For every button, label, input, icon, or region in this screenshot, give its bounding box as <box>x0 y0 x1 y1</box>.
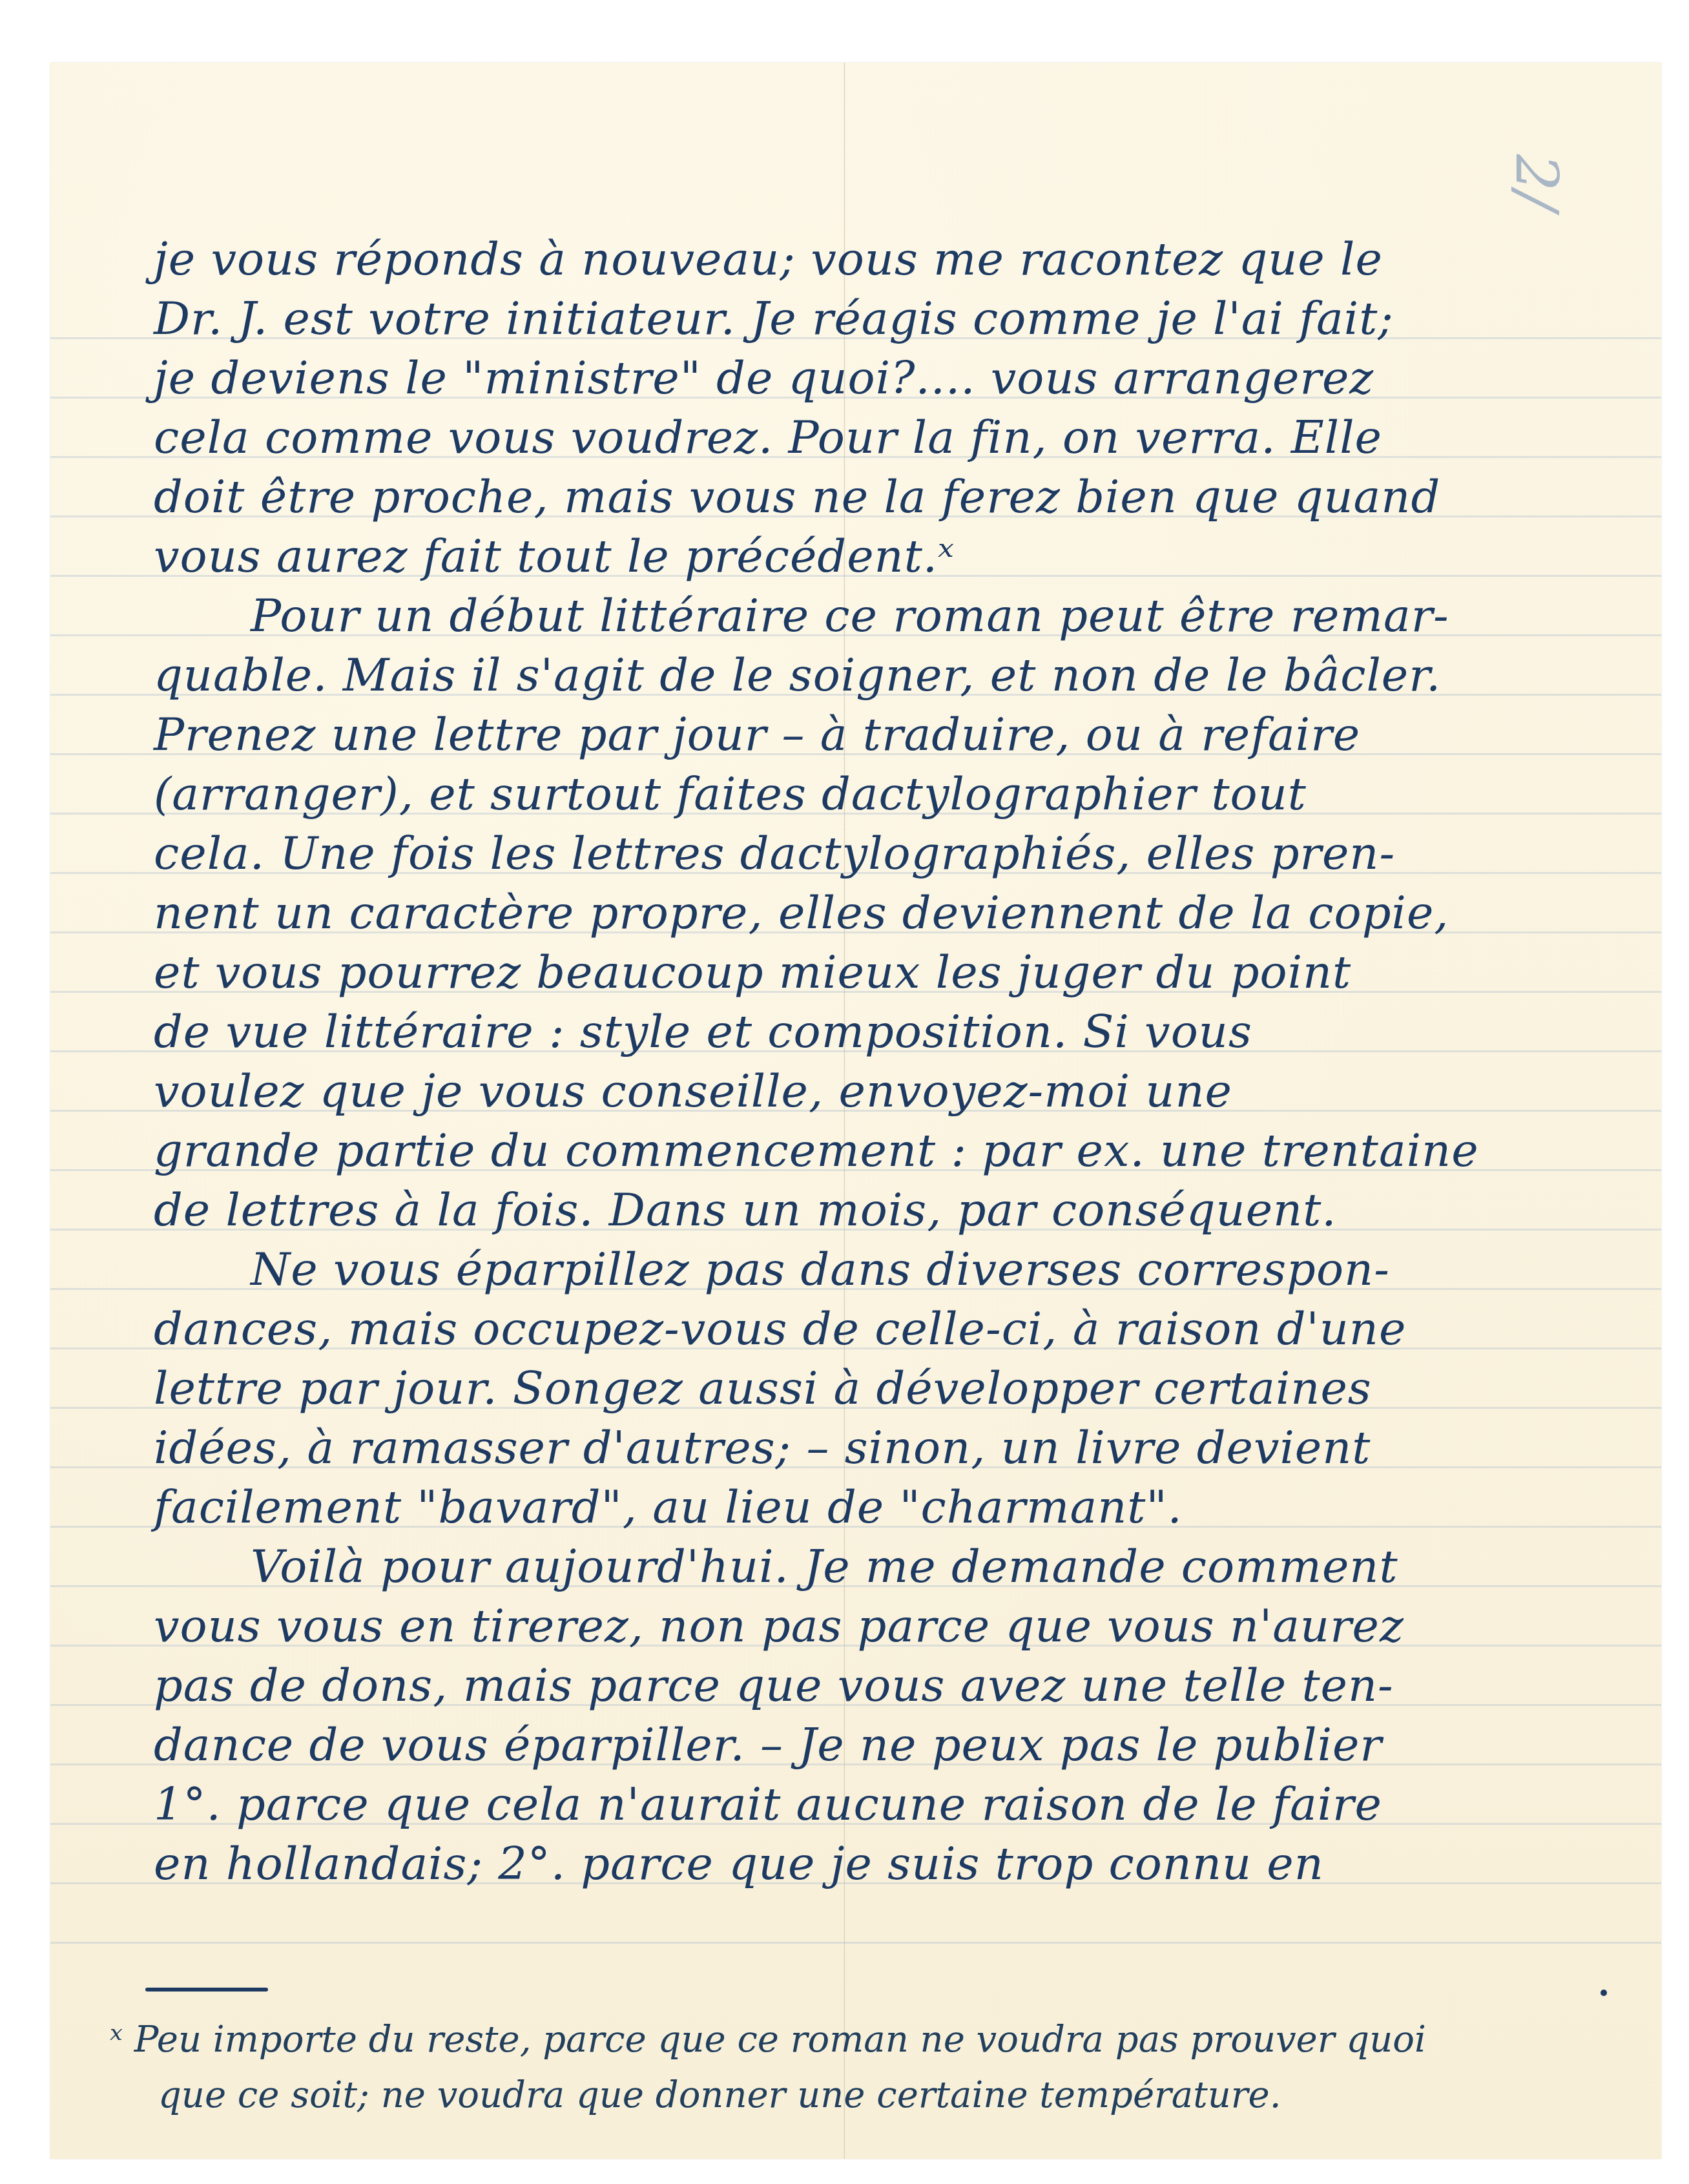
body-line: et vous pourrez beaucoup mieux les juger… <box>154 942 1644 1002</box>
body-line: vous vous en tirerez, non pas parce que … <box>154 1596 1644 1656</box>
body-line: vous aurez fait tout le précédent.ˣ <box>154 526 1644 586</box>
body-line: voulez que je vous conseille, envoyez-mo… <box>154 1061 1644 1121</box>
body-line: lettre par jour. Songez aussi à développ… <box>154 1358 1644 1418</box>
body-line: grande partie du commencement : par ex. … <box>154 1121 1644 1180</box>
body-line: dance de vous éparpiller. – Je ne peux p… <box>154 1715 1644 1774</box>
body-line: dances, mais occupez-vous de celle-ci, à… <box>154 1299 1644 1358</box>
body-line: pas de dons, mais parce que vous avez un… <box>154 1656 1644 1715</box>
body-line: doit être proche, mais vous ne la ferez … <box>154 467 1644 526</box>
paragraph-start-line: Voilà pour aujourd'hui. Je me demande co… <box>154 1537 1644 1596</box>
body-line: cela. Une fois les lettres dactylographi… <box>154 824 1644 883</box>
body-line: cela comme vous voudrez. Pour la fin, on… <box>154 408 1644 467</box>
body-line: nent un caractère propre, elles devienne… <box>154 883 1644 942</box>
body-line: de vue littéraire : style et composition… <box>154 1002 1644 1061</box>
body-line: je deviens le "ministre" de quoi?.... vo… <box>154 348 1644 408</box>
page-number: 2/ <box>1502 154 1570 211</box>
body-line: je vous réponds à nouveau; vous me racon… <box>154 229 1644 289</box>
footnote-line: ˣ Peu importe du reste, parce que ce rom… <box>110 2012 1644 2068</box>
body-line: 1°. parce que cela n'aurait aucune raiso… <box>154 1774 1644 1834</box>
body-line: facilement "bavard", au lieu de "charman… <box>154 1477 1644 1537</box>
paragraph-start-line: Ne vous éparpillez pas dans diverses cor… <box>154 1240 1644 1299</box>
body-line: en hollandais; 2°. parce que je suis tro… <box>154 1834 1644 1893</box>
body-line: Prenez une lettre par jour – à traduire,… <box>154 705 1644 764</box>
body-line: quable. Mais il s'agit de le soigner, et… <box>154 645 1644 705</box>
footnote-separator <box>145 1988 268 1992</box>
paragraph-start-line: Pour un début littéraire ce roman peut ê… <box>154 586 1644 645</box>
body-line: (arranger), et surtout faites dactylogra… <box>154 764 1644 824</box>
body-line: Dr. J. est votre initiateur. Je réagis c… <box>154 289 1644 348</box>
footnote-line: que ce soit; ne voudra que donner une ce… <box>158 2068 1644 2123</box>
body-line: de lettres à la fois. Dans un mois, par … <box>154 1180 1644 1240</box>
ink-dot <box>1601 1990 1607 1996</box>
body-line: idées, à ramasser d'autres; – sinon, un … <box>154 1418 1644 1477</box>
ruled-line <box>50 1942 1661 1944</box>
